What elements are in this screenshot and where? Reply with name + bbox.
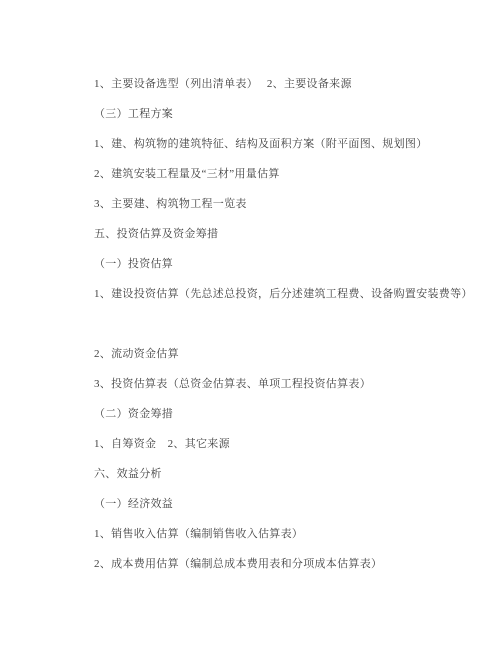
text-line: （一）投资估算 [94, 249, 484, 279]
text-line: 1、自筹资金 2、其它来源 [94, 429, 484, 459]
text-line: 1、建、构筑物的建筑特征、结构及面积方案（附平面图、规划图） [94, 129, 484, 159]
text-line: （一）经济效益 [94, 489, 484, 519]
text-line: （二）资金筹措 [94, 399, 484, 429]
blank-line [94, 309, 484, 339]
text-line: 1、建设投资估算（先总述总投资，后分述建筑工程费、设备购置安装费等） [94, 279, 484, 309]
text-line: 2、建筑安装工程量及“三材”用量估算 [94, 159, 484, 189]
text-line: 六、效益分析 [94, 459, 484, 489]
text-line: 3、主要建、构筑物工程一览表 [94, 189, 484, 219]
text-line: 1、主要设备选型（列出清单表） 2、主要设备来源 [94, 69, 484, 99]
text-line: 3、投资估算表（总资金估算表、单项工程投资估算表） [94, 369, 484, 399]
text-line: 五、投资估算及资金筹措 [94, 219, 484, 249]
text-line: 2、成本费用估算（编制总成本费用表和分项成本估算表） [94, 549, 484, 579]
text-line: （三）工程方案 [94, 99, 484, 129]
text-line: 1、销售收入估算（编制销售收入估算表） [94, 519, 484, 549]
text-line: 2、流动资金估算 [94, 339, 484, 369]
document-page: 1、主要设备选型（列出清单表） 2、主要设备来源 （三）工程方案 1、建、构筑物… [0, 0, 500, 647]
